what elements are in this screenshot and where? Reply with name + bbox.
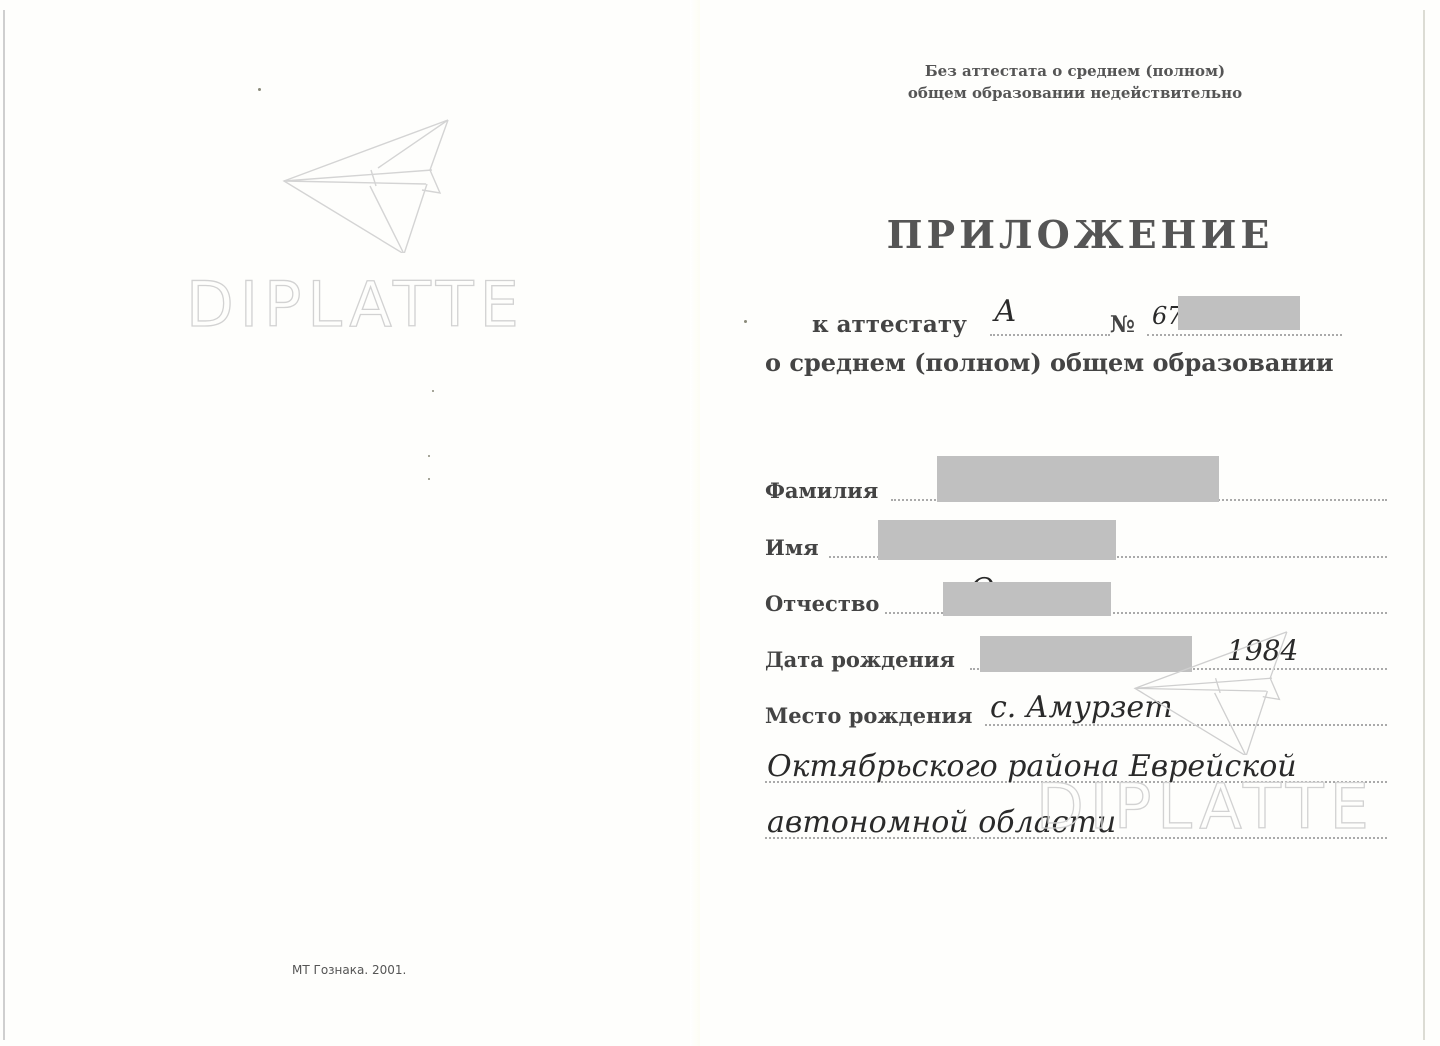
patronymic-label: Отчество xyxy=(765,591,879,616)
dotted-line xyxy=(990,334,1110,336)
paper-plane-watermark-icon xyxy=(280,118,450,253)
birth-place-label: Место рождения xyxy=(765,703,972,728)
scan-speck xyxy=(258,88,261,91)
first-name-field: Имя xyxy=(765,532,1387,562)
attestat-reference-line: к аттестату А № 67 xyxy=(812,300,1342,340)
diplatte-watermark: DIPLATTE xyxy=(186,268,525,341)
patronymic-field: Отчество О ка xyxy=(765,588,1387,618)
birth-place-field: Место рождения с. Амурзет xyxy=(765,700,1387,730)
dotted-line xyxy=(1147,334,1342,336)
page-edge xyxy=(1423,10,1425,1040)
redaction-box xyxy=(1178,296,1300,330)
surname-label: Фамилия xyxy=(765,478,878,503)
birth-date-label: Дата рождения xyxy=(765,647,955,672)
surname-field: Фамилия xyxy=(765,475,1387,505)
redaction-box xyxy=(878,520,1116,560)
diplatte-watermark: DIPLATTE xyxy=(1036,770,1375,843)
scan-speck xyxy=(744,320,747,323)
attestat-series: А xyxy=(994,294,1017,329)
scan-speck xyxy=(432,390,434,392)
scan-speck xyxy=(428,478,430,480)
left-page: DIPLATTE МТ Гознака. 2001. xyxy=(0,0,700,1046)
birth-date-field: Дата рождения 1984 xyxy=(765,644,1387,674)
notice-line-2: общем образовании недействительно xyxy=(860,82,1290,104)
printer-imprint: МТ Гознака. 2001. xyxy=(292,963,406,977)
number-label: № xyxy=(1110,311,1135,338)
document-subtitle: о среднем (полном) общем образовании xyxy=(765,348,1395,377)
paper-plane-watermark-icon xyxy=(1130,630,1290,755)
document-title: ПРИЛОЖЕНИЕ xyxy=(860,212,1300,257)
validity-notice: Без аттестата о среднем (полном) общем о… xyxy=(860,60,1290,104)
notice-line-1: Без аттестата о среднем (полном) xyxy=(860,60,1290,82)
first-name-label: Имя xyxy=(765,535,819,560)
scan-speck xyxy=(428,455,430,457)
page-edge xyxy=(3,10,5,1040)
redaction-box xyxy=(943,582,1111,616)
attestat-label: к аттестату xyxy=(812,311,967,338)
redaction-box xyxy=(937,456,1219,502)
